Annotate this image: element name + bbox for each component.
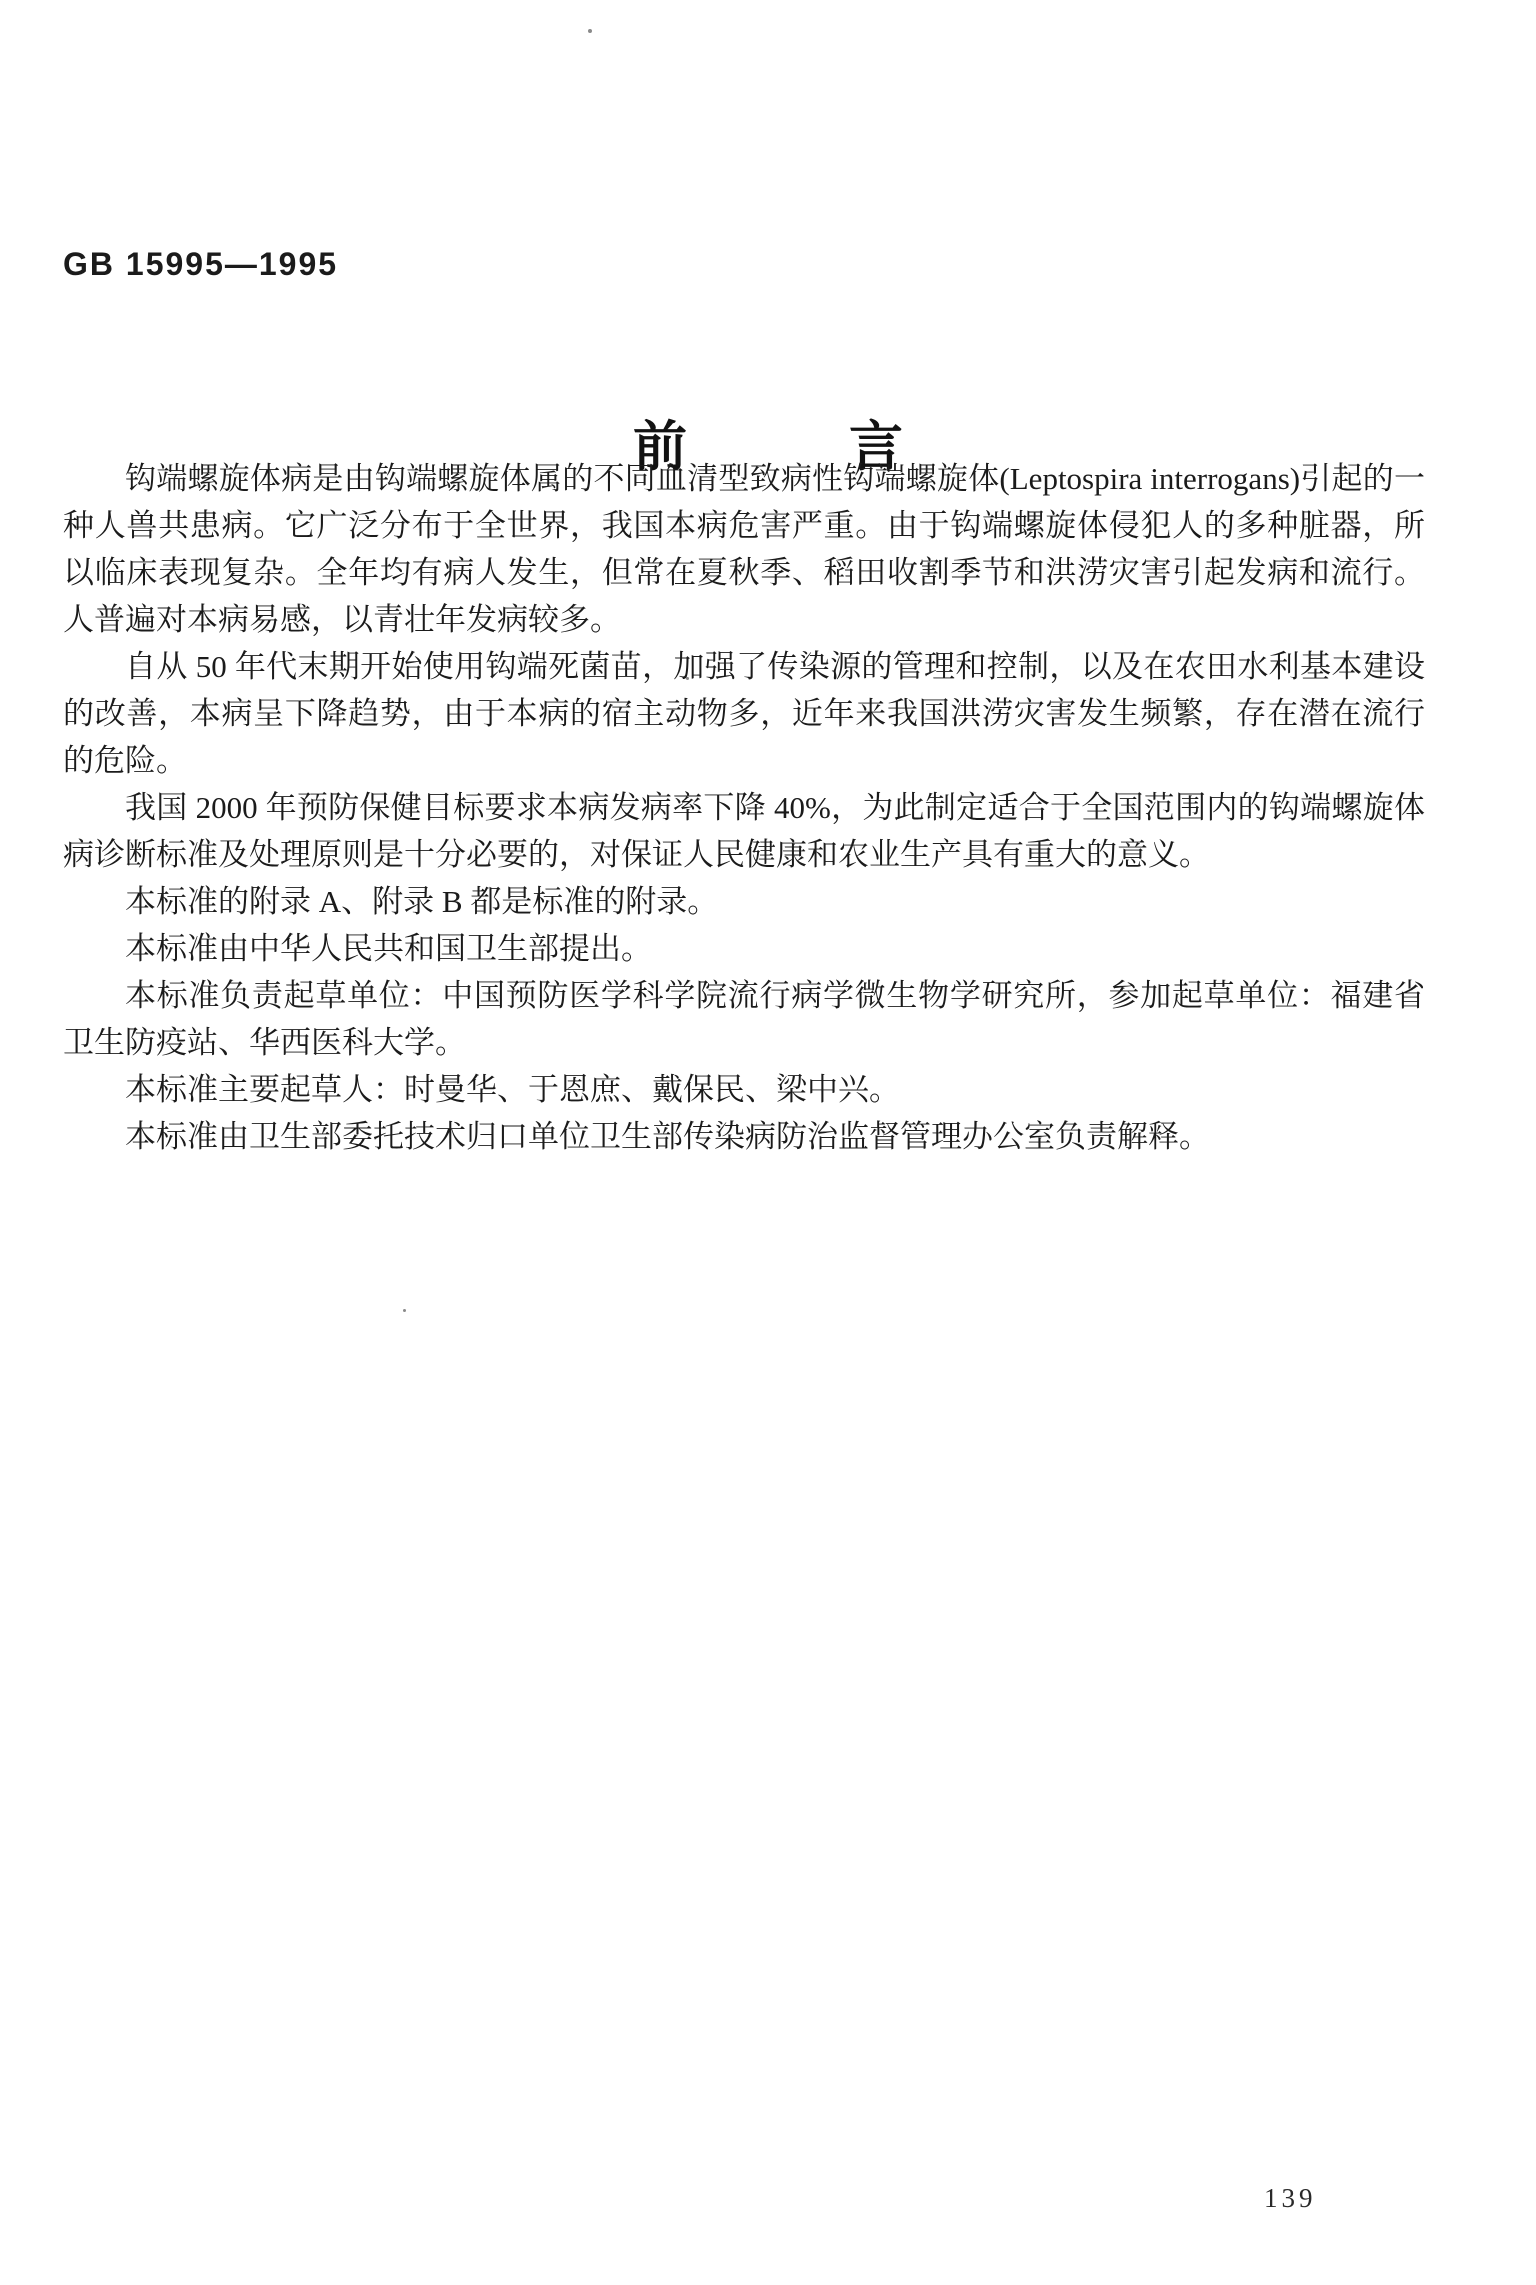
document-page: GB 15995—1995 前 言 钩端螺旋体病是由钩端螺旋体属的不同血清型致病…: [0, 0, 1536, 2285]
scan-speck: [686, 677, 689, 680]
foreword-paragraph: 本标准负责起草单位：中国预防医学科学院流行病学微生物学研究所，参加起草单位：福建…: [63, 972, 1425, 1066]
page-number: 139: [1264, 2183, 1317, 2214]
foreword-paragraph: 本标准由中华人民共和国卫生部提出。: [63, 925, 1425, 972]
foreword-paragraph: 本标准主要起草人：时曼华、于恩庶、戴保民、梁中兴。: [63, 1066, 1425, 1113]
scan-speck: [588, 29, 592, 33]
foreword-paragraph: 本标准由卫生部委托技术归口单位卫生部传染病防治监督管理办公室负责解释。: [63, 1113, 1425, 1160]
foreword-paragraph: 自从 50 年代末期开始使用钩端死菌苗，加强了传染源的管理和控制，以及在农田水利…: [63, 643, 1425, 784]
foreword-paragraph: 钩端螺旋体病是由钩端螺旋体属的不同血清型致病性钩端螺旋体(Leptospira …: [63, 455, 1425, 643]
standard-number: GB 15995—1995: [63, 246, 338, 283]
scan-speck: [403, 1309, 406, 1312]
foreword-body: 钩端螺旋体病是由钩端螺旋体属的不同血清型致病性钩端螺旋体(Leptospira …: [63, 455, 1425, 1160]
foreword-paragraph: 我国 2000 年预防保健目标要求本病发病率下降 40%，为此制定适合于全国范围…: [63, 784, 1425, 878]
foreword-paragraph: 本标准的附录 A、附录 B 都是标准的附录。: [63, 878, 1425, 925]
